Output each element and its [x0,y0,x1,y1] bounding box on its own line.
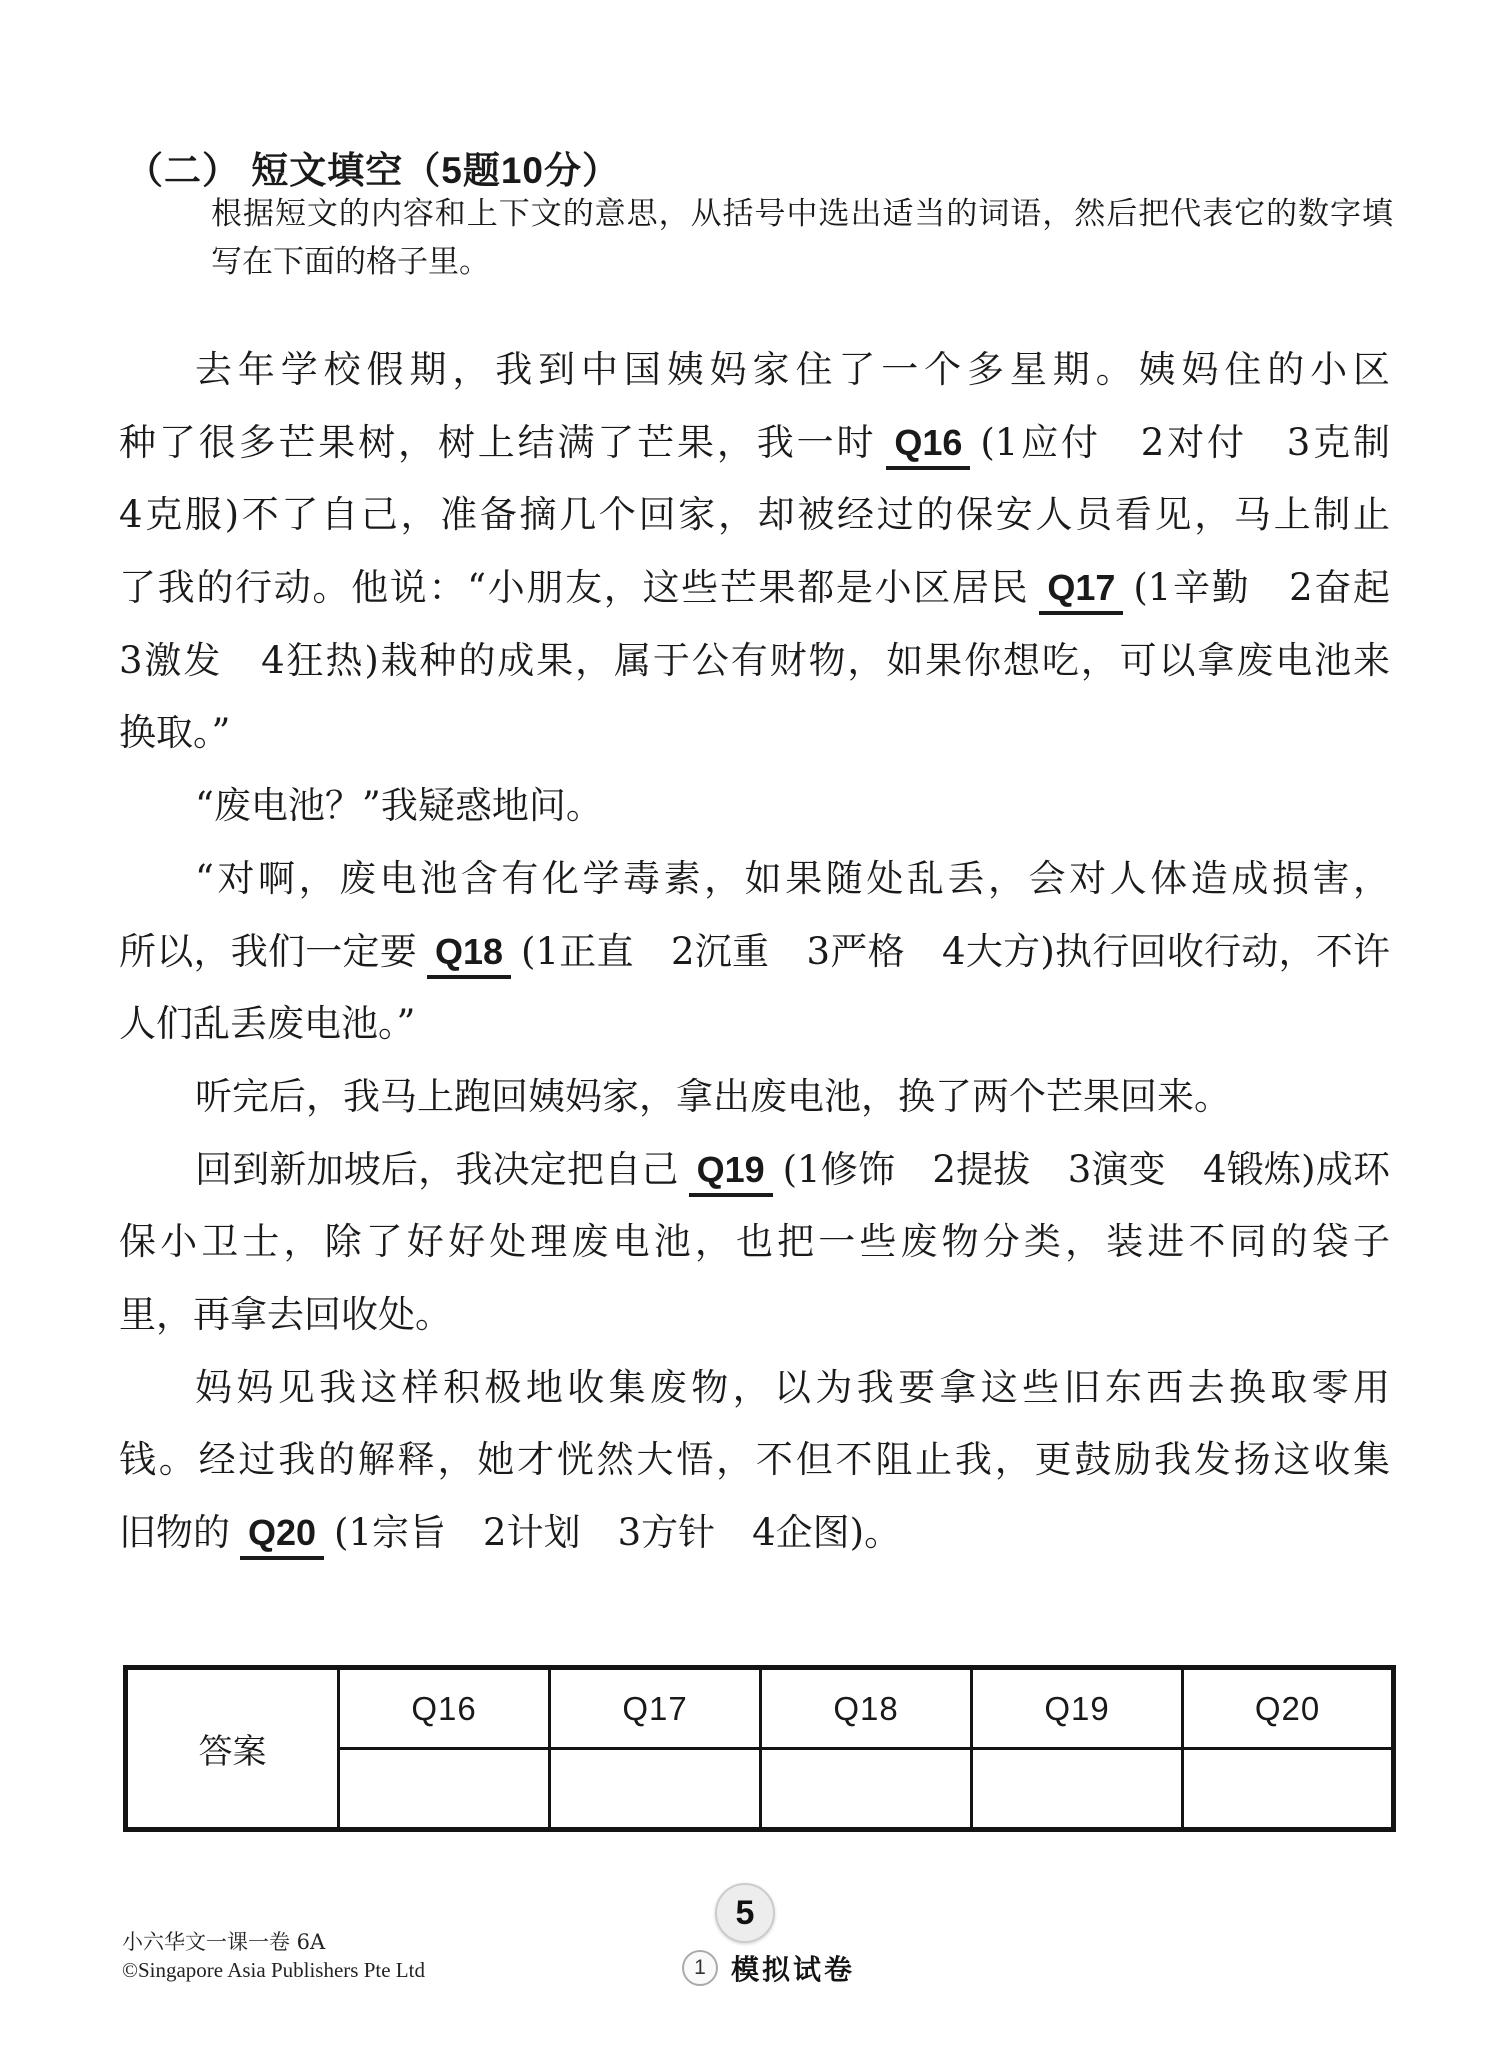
passage-line: 旧物的Q20(1宗旨 2计划 3方针 4企图)。 [119,1497,1390,1570]
passage-text: 钱。经过我的解释，她才恍然大悟，不但不阻止我，更鼓励我发扬这收集 [119,1438,1390,1481]
answer-cell-q17 [550,1749,761,1830]
passage-text: 3激发 4狂热)栽种的成果，属于公有财物，如果你想吃，可以拿废电池来 [119,639,1390,682]
passage-text: 听完后，我马上跑回姨妈家，拿出废电池，换了两个芒果回来。 [195,1075,1231,1118]
passage-line: “对啊，废电池含有化学毒素，如果随处乱丢，会对人体造成损害， [119,843,1390,916]
answer-table: 答案 Q16Q17Q18Q19Q20 [123,1665,1396,1832]
page-number-badge: 5 [715,1883,775,1943]
answer-table-header-row: 答案 Q16Q17Q18Q19Q20 [126,1668,1394,1749]
passage-line: 种了很多芒果树，树上结满了芒果，我一时Q16(1应付 2对付 3克制 [119,407,1390,480]
passage-line: 回到新加坡后，我决定把自己Q19(1修饰 2提拔 3演变 4锻炼)成环 [119,1134,1390,1207]
passage-line: 保小卫士，除了好好处理废电池，也把一些废物分类，装进不同的袋子 [119,1206,1390,1279]
passage-text: 人们乱丢废电池。” [119,1002,415,1045]
passage-line: 所以，我们一定要Q18(1正直 2沉重 3严格 4大方)执行回收行动，不许 [119,916,1390,989]
instruction-line: 写在下面的格子里。 [211,238,1393,286]
passage-text: 保小卫士，除了好好处理废电池，也把一些废物分类，装进不同的袋子 [119,1220,1390,1263]
instruction-line: 根据短文的内容和上下文的意思，从括号中选出适当的词语，然后把代表它的数字填 [211,190,1393,238]
answer-row-label: 答案 [126,1668,339,1830]
passage-line: 钱。经过我的解释，她才恍然大悟，不但不阻止我，更鼓励我发扬这收集 [119,1424,1390,1497]
passage-text: 种了很多芒果树，树上结满了芒果，我一时 [119,421,876,464]
passage-line: 了我的行动。他说：“小朋友，这些芒果都是小区居民Q17(1辛勤 2奋起 [119,552,1390,625]
book-title: 小六华文一课一卷 6A [122,1928,425,1956]
blank-q20: Q20 [240,1512,324,1560]
passage-text: 4克服)不了自己，准备摘几个回家，却被经过的保安人员看见，马上制止 [119,493,1390,536]
footer-section-label: 1 模拟试卷 [682,1948,855,1988]
answer-cell-q19 [972,1749,1183,1830]
passage-text: 回到新加坡后，我决定把自己 [195,1148,679,1191]
blank-q18: Q18 [427,931,511,979]
copyright-line: ©Singapore Asia Publishers Pte Ltd [122,1956,425,1984]
passage-line: 里，再拿去回收处。 [119,1279,1390,1352]
column-header-q18: Q18 [761,1668,972,1749]
instructions: 根据短文的内容和上下文的意思，从括号中选出适当的词语，然后把代表它的数字填写在下… [211,190,1393,285]
passage-line: 换取。” [119,697,1390,770]
blank-q17: Q17 [1039,567,1123,615]
passage-text: 妈妈见我这样积极地收集废物，以为我要拿这些旧东西去换取零用 [195,1366,1390,1409]
passage-text: “对啊，废电池含有化学毒素，如果随处乱丢，会对人体造成损害， [195,857,1390,900]
column-header-q20: Q20 [1183,1668,1394,1749]
passage-text: (1应付 2对付 3克制 [980,421,1390,464]
passage-line: 人们乱丢废电池。” [119,988,1390,1061]
column-header-q16: Q16 [339,1668,550,1749]
passage-text: “废电池？”我疑惑地问。 [195,784,603,827]
passage-text: (1修饰 2提拔 3演变 4锻炼)成环 [783,1148,1390,1191]
passage-line: 听完后，我马上跑回姨妈家，拿出废电池，换了两个芒果回来。 [119,1061,1390,1134]
circled-number-icon: 1 [682,1950,718,1986]
page-number: 5 [736,1894,755,1933]
passage-text: (1正直 2沉重 3严格 4大方)执行回收行动，不许 [521,930,1390,973]
passage-text: 里，再拿去回收处。 [119,1293,452,1336]
passage-text: 所以，我们一定要 [119,930,417,973]
column-header-q17: Q17 [550,1668,761,1749]
passage-line: 3激发 4狂热)栽种的成果，属于公有财物，如果你想吃，可以拿废电池来 [119,625,1390,698]
footer-left: 小六华文一课一卷 6A ©Singapore Asia Publishers P… [122,1928,425,1984]
passage-text: (1辛勤 2奋起 [1133,566,1390,609]
section-heading: （二） 短文填空（5题10分） [126,140,620,194]
passage-text: (1宗旨 2计划 3方针 4企图)。 [334,1511,901,1554]
passage-text: 换取。” [119,711,230,754]
answer-cell-q20 [1183,1749,1394,1830]
workbook-page: （二） 短文填空（5题10分） 根据短文的内容和上下文的意思，从括号中选出适当的… [0,0,1499,2050]
answer-cell-q18 [761,1749,972,1830]
passage-line: 妈妈见我这样积极地收集废物，以为我要拿这些旧东西去换取零用 [119,1352,1390,1425]
passage-line: 4克服)不了自己，准备摘几个回家，却被经过的保安人员看见，马上制止 [119,479,1390,552]
passage-text: 去年学校假期，我到中国姨妈家住了一个多星期。姨妈住的小区 [195,348,1390,391]
passage-text: 了我的行动。他说：“小朋友，这些芒果都是小区居民 [119,566,1029,609]
blank-q16: Q16 [886,422,970,470]
answer-cell-q16 [339,1749,550,1830]
blank-q19: Q19 [689,1149,773,1197]
passage: 去年学校假期，我到中国姨妈家住了一个多星期。姨妈住的小区种了很多芒果树，树上结满… [119,334,1390,1570]
column-header-q19: Q19 [972,1668,1183,1749]
passage-line: “废电池？”我疑惑地问。 [119,770,1390,843]
section-name: 模拟试卷 [731,1948,855,1988]
passage-text: 旧物的 [119,1511,230,1554]
passage-line: 去年学校假期，我到中国姨妈家住了一个多星期。姨妈住的小区 [119,334,1390,407]
